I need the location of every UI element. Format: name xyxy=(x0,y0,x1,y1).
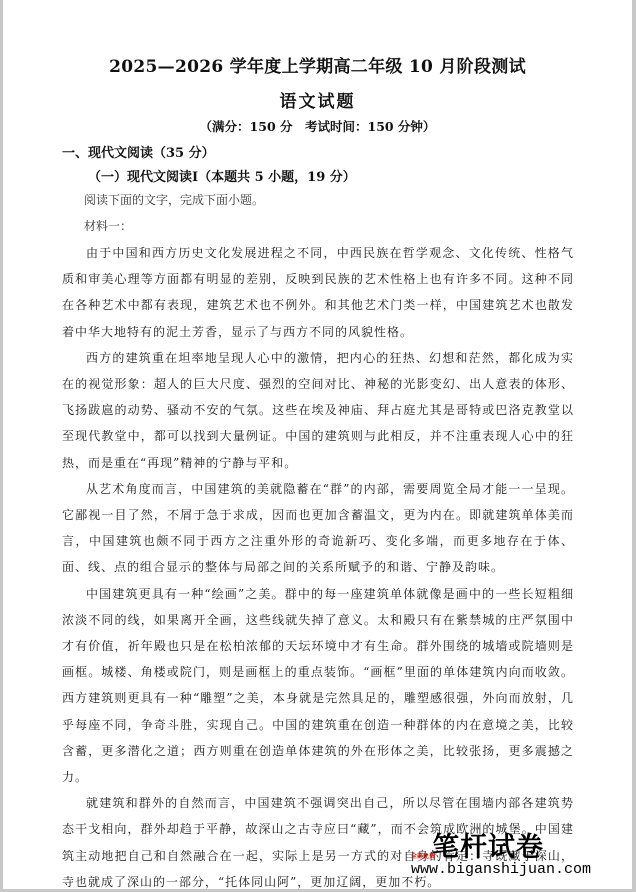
paragraph: 由于中国和西方历史文化发展进程之不同，中西民族在哲学观念、文化传统、性格气质和审… xyxy=(62,240,574,345)
watermark-logo: 笔杆试卷 全部免费 www.biganshijuan.com xyxy=(410,825,600,885)
paragraph: 中国建筑更具有一种“绘画”之美。群中的每一座建筑单体就像是画中的一些长短粗细浓淡… xyxy=(62,581,574,791)
subsection-heading: （一）现代文阅读Ⅰ（本题共 5 小题，19 分） xyxy=(88,166,356,185)
watermark-brand: 笔杆试卷 xyxy=(432,825,544,864)
exam-subtitle: 语文试题 xyxy=(3,87,632,112)
paragraph: 西方的建筑重在坦率地呈现人心中的激情，把内心的狂热、幻想和茫然，都化成为实在的视… xyxy=(62,345,574,476)
watermark-url: www.biganshijuan.com xyxy=(411,861,591,878)
section-heading: 一、现代文阅读（35 分） xyxy=(62,142,215,161)
exam-title: 2025—2026 学年度上学期高二年级 10 月阶段测试 xyxy=(3,52,632,77)
watermark-badge: 全部免费 xyxy=(411,851,435,860)
instruction-text: 阅读下面的文字，完成下面小题。 xyxy=(84,191,264,208)
reading-passage: 由于中国和西方历史文化发展进程之不同，中西民族在哲学观念、文化传统、性格气质和审… xyxy=(62,240,574,892)
material-label: 材料一： xyxy=(84,217,132,234)
score-time-line: （满分：150 分 考试时间：150 分钟） xyxy=(3,117,632,135)
paragraph: 从艺术角度而言，中国建筑的美就隐蓄在“群”的内部，需要周览全局才能一一呈现。它鄙… xyxy=(62,476,574,581)
document-page: 2025—2026 学年度上学期高二年级 10 月阶段测试 语文试题 （满分：1… xyxy=(3,0,632,889)
